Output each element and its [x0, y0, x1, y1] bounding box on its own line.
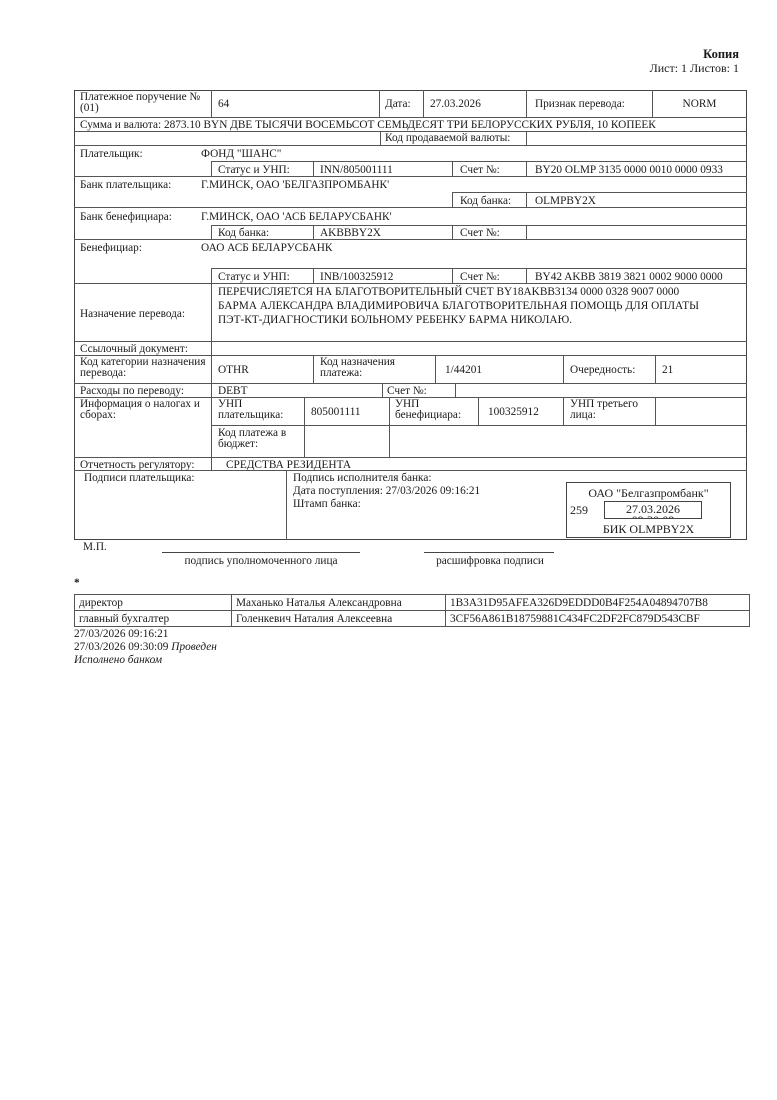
beneficiary-bank-account-label: Счет №:: [460, 227, 500, 239]
third-party-unp-label: УНП третьего лица:: [570, 399, 650, 421]
log-line-2-status: Проведен: [171, 641, 217, 653]
sold-currency-label: Код продаваемой валюты:: [385, 132, 510, 144]
beneficiary-bank-name: Г.МИНСК, ОАО 'АСБ БЕЛАРУСБАНК': [201, 211, 392, 223]
transfer-sign-label: Признак перевода:: [535, 98, 625, 110]
bank-sign-label: Подпись исполнителя банка:: [293, 472, 432, 484]
charges-label: Расходы по переводу:: [80, 385, 184, 397]
beneficiary-bank-code-label: Код банка:: [218, 227, 269, 239]
payer-account-label: Счет №:: [460, 164, 500, 176]
reference-label: Ссылочный документ:: [80, 343, 188, 355]
signer-key: 1B3A31D95AFEA326D9EDDD0B4F254A04894707B8: [446, 595, 750, 611]
taxes-label: Информация о налогах и сборах:: [80, 399, 208, 421]
beneficiary-name: ОАО АСБ БЕЛАРУСБАНК: [201, 242, 332, 254]
stamp-number: 259: [570, 504, 588, 516]
beneficiary-status-label: Статус и УНП:: [218, 271, 290, 283]
purpose-line-1: ПЕРЕЧИСЛЯЕТСЯ НА БЛАГОТВОРИТЕЛЬНЫЙ СЧЕТ …: [218, 286, 679, 298]
payment-code-label: Код назначения платежа:: [320, 357, 420, 379]
payer-signatures-label: Подписи плательщика:: [84, 472, 195, 484]
category-label: Код категории назначения перевода:: [80, 357, 208, 379]
priority-value: 21: [662, 364, 673, 376]
beneficiary-unp: 100325912: [488, 406, 539, 418]
payment-code: 1/44201: [445, 364, 482, 376]
payer-bank-label: Банк плательщика:: [80, 179, 171, 191]
signature-decode-line: [424, 552, 554, 553]
log-line-3: Исполнено банком: [74, 654, 162, 667]
payer-unp: 805001111: [311, 406, 361, 418]
signer-name: Голенкевич Наталия Алексеевна: [232, 611, 446, 627]
log-line-1: 27/03/2026 09:16:21: [74, 628, 168, 641]
log-line-2: 27/03/2026 09:30:09 Проведен: [74, 641, 217, 654]
log-line-2-time: 27/03/2026 09:30:09: [74, 641, 168, 653]
stamp-time: 09:30:09: [605, 514, 701, 519]
purpose-label: Назначение перевода:: [80, 308, 185, 320]
payer-status: INN/805001111: [320, 164, 393, 176]
signer-name: Маханько Наталья Александровна: [232, 595, 446, 611]
table-row: главный бухгалтер Голенкевич Наталия Але…: [75, 611, 750, 627]
payer-bank-code-label: Код банка:: [460, 195, 511, 207]
order-number: 64: [218, 98, 229, 110]
payer-bank-code: OLMPBY2X: [535, 195, 596, 207]
purpose-line-3: ПЭТ-КТ-ДИАГНОСТИКИ БОЛЬНОМУ РЕБЕНКУ БАРМ…: [218, 314, 572, 326]
signer-role: директор: [75, 595, 232, 611]
charges-value: DEBT: [218, 385, 248, 397]
beneficiary-bank-code: AKBBBY2X: [320, 227, 381, 239]
priority-label: Очередность:: [570, 364, 635, 376]
purpose-line-2: БАРМА АЛЕКСАНДРА ВЛАДИМИРОВИЧА БЛАГОТВОР…: [218, 300, 699, 312]
stamp-bank-name: ОАО "Белгазпромбанк": [567, 487, 730, 499]
order-date: 27.03.2026: [430, 98, 481, 110]
order-title-label: Платежное поручение № (01): [80, 92, 208, 114]
table-row: директор Маханько Наталья Александровна …: [75, 595, 750, 611]
signers-table: директор Маханько Наталья Александровна …: [74, 594, 750, 627]
stamp-label: Штамп банка:: [293, 498, 361, 510]
beneficiary-account-label: Счет №:: [460, 271, 500, 283]
date-label: Дата:: [385, 98, 411, 110]
amount-line: Сумма и валюта: 2873.10 BYN ДВЕ ТЫСЯЧИ В…: [80, 119, 656, 131]
payer-bank-name: Г.МИНСК, ОАО 'БЕЛГАЗПРОМБАНК': [201, 179, 389, 191]
signer-role: главный бухгалтер: [75, 611, 232, 627]
beneficiary-status: INB/100325912: [320, 271, 393, 283]
sheet-info: Лист: 1 Листов: 1: [650, 61, 739, 75]
payer-status-label: Статус и УНП:: [218, 164, 290, 176]
copy-label: Копия: [703, 47, 739, 61]
payer-unp-label: УНП плательщика:: [218, 399, 302, 421]
authorized-signature-line: [162, 552, 360, 553]
payer-name: ФОНД "ШАНС": [201, 148, 281, 160]
stamp-date-box: 27.03.2026 09:30:09: [604, 501, 702, 519]
category-value: OTHR: [218, 364, 249, 376]
beneficiary-account: BY42 AKBB 3819 3821 0002 9000 0000: [535, 271, 723, 283]
received-date: Дата поступления: 27/03/2026 09:16:21: [293, 485, 480, 497]
authorized-signature-caption: подпись уполномоченного лица: [162, 555, 360, 567]
payer-label: Плательщик:: [80, 148, 143, 160]
transfer-sign-value: NORM: [652, 98, 747, 110]
mp-label: М.П.: [83, 541, 107, 553]
asterisk: *: [74, 577, 80, 589]
signature-decode-caption: расшифровка подписи: [420, 555, 560, 567]
signer-key: 3CF56A861B18759881C434FC2DF2FC879D543CBF: [446, 611, 750, 627]
charges-account-label: Счет №:: [387, 385, 427, 397]
stamp-bic: БИК OLMPBY2X: [567, 523, 730, 535]
budget-code-label: Код платежа в бюджет:: [218, 428, 302, 450]
beneficiary-unp-label: УНП бенефициара:: [395, 399, 475, 421]
beneficiary-label: Бенефициар:: [80, 242, 142, 254]
bank-stamp: ОАО "Белгазпромбанк" 259 27.03.2026 09:3…: [566, 482, 731, 538]
beneficiary-bank-label: Банк бенефициара:: [80, 211, 172, 223]
payer-account: BY20 OLMP 3135 0000 0010 0000 0933: [535, 164, 723, 176]
